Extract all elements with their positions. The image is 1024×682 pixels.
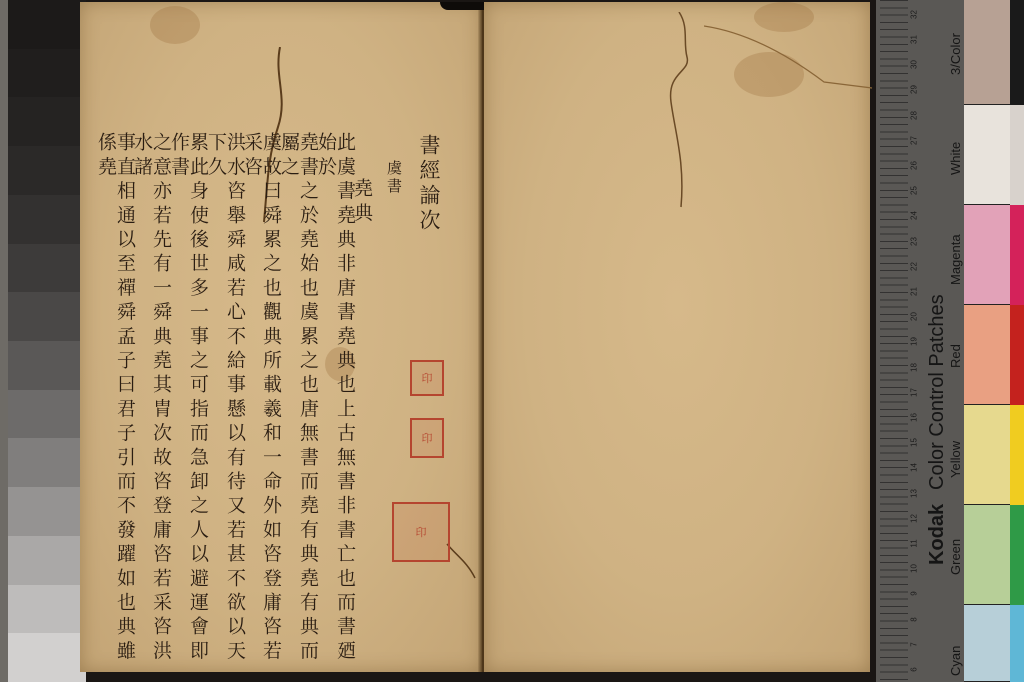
ruler-cm-label: 18 xyxy=(910,359,919,375)
gray-step xyxy=(0,0,86,49)
ruler-cm-label: 13 xyxy=(910,485,919,501)
gray-step xyxy=(0,97,86,146)
ruler-cm-label: 28 xyxy=(910,107,919,123)
label-3color: 3/Color xyxy=(948,33,963,75)
ruler-cm-label: 21 xyxy=(910,284,919,300)
saturated-color-strip xyxy=(1010,0,1024,682)
text-column-4: 洪水咨舉舜咸若心不給事懸以有待又若甚不欲以天下久 xyxy=(206,132,244,672)
label-green: Green xyxy=(948,539,963,575)
label-red: Red xyxy=(948,344,963,368)
strip-swatch xyxy=(1010,405,1024,505)
patch-red xyxy=(964,305,1010,405)
ruler-cm-label: 30 xyxy=(910,57,919,73)
patch-yellow xyxy=(964,405,1010,505)
text-column-2: 堯書之於堯始也虞累之也唐無書而堯有典堯有典而屬之 xyxy=(279,132,317,672)
color-patches xyxy=(964,0,1010,682)
ruler-cm-label: 27 xyxy=(910,132,919,148)
ruler-cm-labels: 6789101112131415161718192021222324252627… xyxy=(906,0,922,682)
ruler-cm-label: 25 xyxy=(910,183,919,199)
gray-step xyxy=(0,633,86,682)
ruler-cm-label: 29 xyxy=(910,82,919,98)
patch-white xyxy=(964,105,1010,205)
ruler-cm-label: 17 xyxy=(910,384,919,400)
text-column-6: 之意亦若先有一舜典堯其胄次故咨登庸咨若采咨洪水諸 xyxy=(132,132,170,672)
kodak-color-control-card: 6789101112131415161718192021222324252627… xyxy=(876,0,1024,682)
patch-cyan xyxy=(964,605,1010,682)
gray-step xyxy=(0,146,86,195)
gray-step xyxy=(0,438,86,487)
gray-step xyxy=(0,536,86,585)
text-column-3: 虞故曰舜累之也觀典所載羲和一命外如咨登庸咨若采咨 xyxy=(242,132,280,672)
ruler-cm-label: 15 xyxy=(910,435,919,451)
ruler-cm-label: 20 xyxy=(910,309,919,325)
text-column-1: 此虞書堯典非唐書堯典也上古無書非書亡也而書廼始於 xyxy=(316,132,354,672)
gray-step xyxy=(0,341,86,390)
gray-step xyxy=(0,292,86,341)
gray-step xyxy=(0,390,86,439)
gray-step xyxy=(0,49,86,98)
strip-swatch xyxy=(1010,205,1024,305)
seal-upper: 印 xyxy=(410,360,444,396)
label-yellow: Yellow xyxy=(948,441,963,478)
label-white: White xyxy=(948,142,963,175)
strip-swatch xyxy=(1010,105,1024,205)
ruler-cm-label: 19 xyxy=(910,334,919,350)
gray-step xyxy=(0,244,86,293)
seal-middle: 印 xyxy=(410,418,444,458)
text-column-7: 事直相通以至禪舜孟子曰君子引而不發躍如也典雖係堯 xyxy=(96,132,134,672)
gray-scale-wedge xyxy=(0,0,86,682)
strip-swatch xyxy=(1010,605,1024,682)
open-book: 書經論次 虞書 堯典 此虞書堯典非唐書堯典也上古無書非書亡也而書廼始於 堯書之於… xyxy=(80,2,880,678)
ruler-cm-label: 8 xyxy=(910,611,919,627)
text-column-5: 累此身使後世多一事之可指而急卸之人以避運會即作書 xyxy=(169,132,207,672)
ruler-cm-label: 7 xyxy=(910,636,919,652)
ruler-cm-label: 26 xyxy=(910,158,919,174)
ruler-cm-label: 32 xyxy=(910,6,919,22)
ruler-cm-label: 12 xyxy=(910,510,919,526)
card-title: Color Control Patches xyxy=(926,294,949,490)
ruler-cm-label: 23 xyxy=(910,233,919,249)
ruler-ticks xyxy=(880,0,908,682)
gray-step xyxy=(0,585,86,634)
ruler-cm-label: 9 xyxy=(910,586,919,602)
ruler-cm-label: 24 xyxy=(910,208,919,224)
ruler-cm-label: 16 xyxy=(910,410,919,426)
kodak-brand: Kodak xyxy=(926,504,949,565)
ruler-cm-label: 6 xyxy=(910,662,919,678)
ruler-cm-label: 14 xyxy=(910,460,919,476)
paper-crack xyxy=(704,22,874,92)
strip-swatch xyxy=(1010,0,1024,105)
label-cyan: Cyan xyxy=(948,646,963,676)
book-title: 書經論次 xyxy=(418,134,439,234)
strip-swatch xyxy=(1010,305,1024,405)
left-page: 書經論次 虞書 堯典 此虞書堯典非唐書堯典也上古無書非書亡也而書廼始於 堯書之於… xyxy=(80,2,484,672)
gray-step xyxy=(0,195,86,244)
ruler-cm-label: 10 xyxy=(910,561,919,577)
label-magenta: Magenta xyxy=(948,234,963,285)
ruler: 6789101112131415161718192021222324252627… xyxy=(876,0,964,682)
seal-lower: 印 xyxy=(392,502,450,562)
stain xyxy=(150,6,200,44)
ruler-cm-label: 22 xyxy=(910,258,919,274)
gray-step xyxy=(0,487,86,536)
right-page xyxy=(484,2,870,672)
wedge-edge xyxy=(0,0,8,682)
strip-swatch xyxy=(1010,505,1024,605)
ruler-cm-label: 31 xyxy=(910,32,919,48)
section-heading: 虞書 xyxy=(386,160,401,196)
patch-magenta xyxy=(964,205,1010,305)
patch-3-color xyxy=(964,0,1010,105)
ruler-cm-label: 11 xyxy=(910,536,919,552)
patch-green xyxy=(964,505,1010,605)
